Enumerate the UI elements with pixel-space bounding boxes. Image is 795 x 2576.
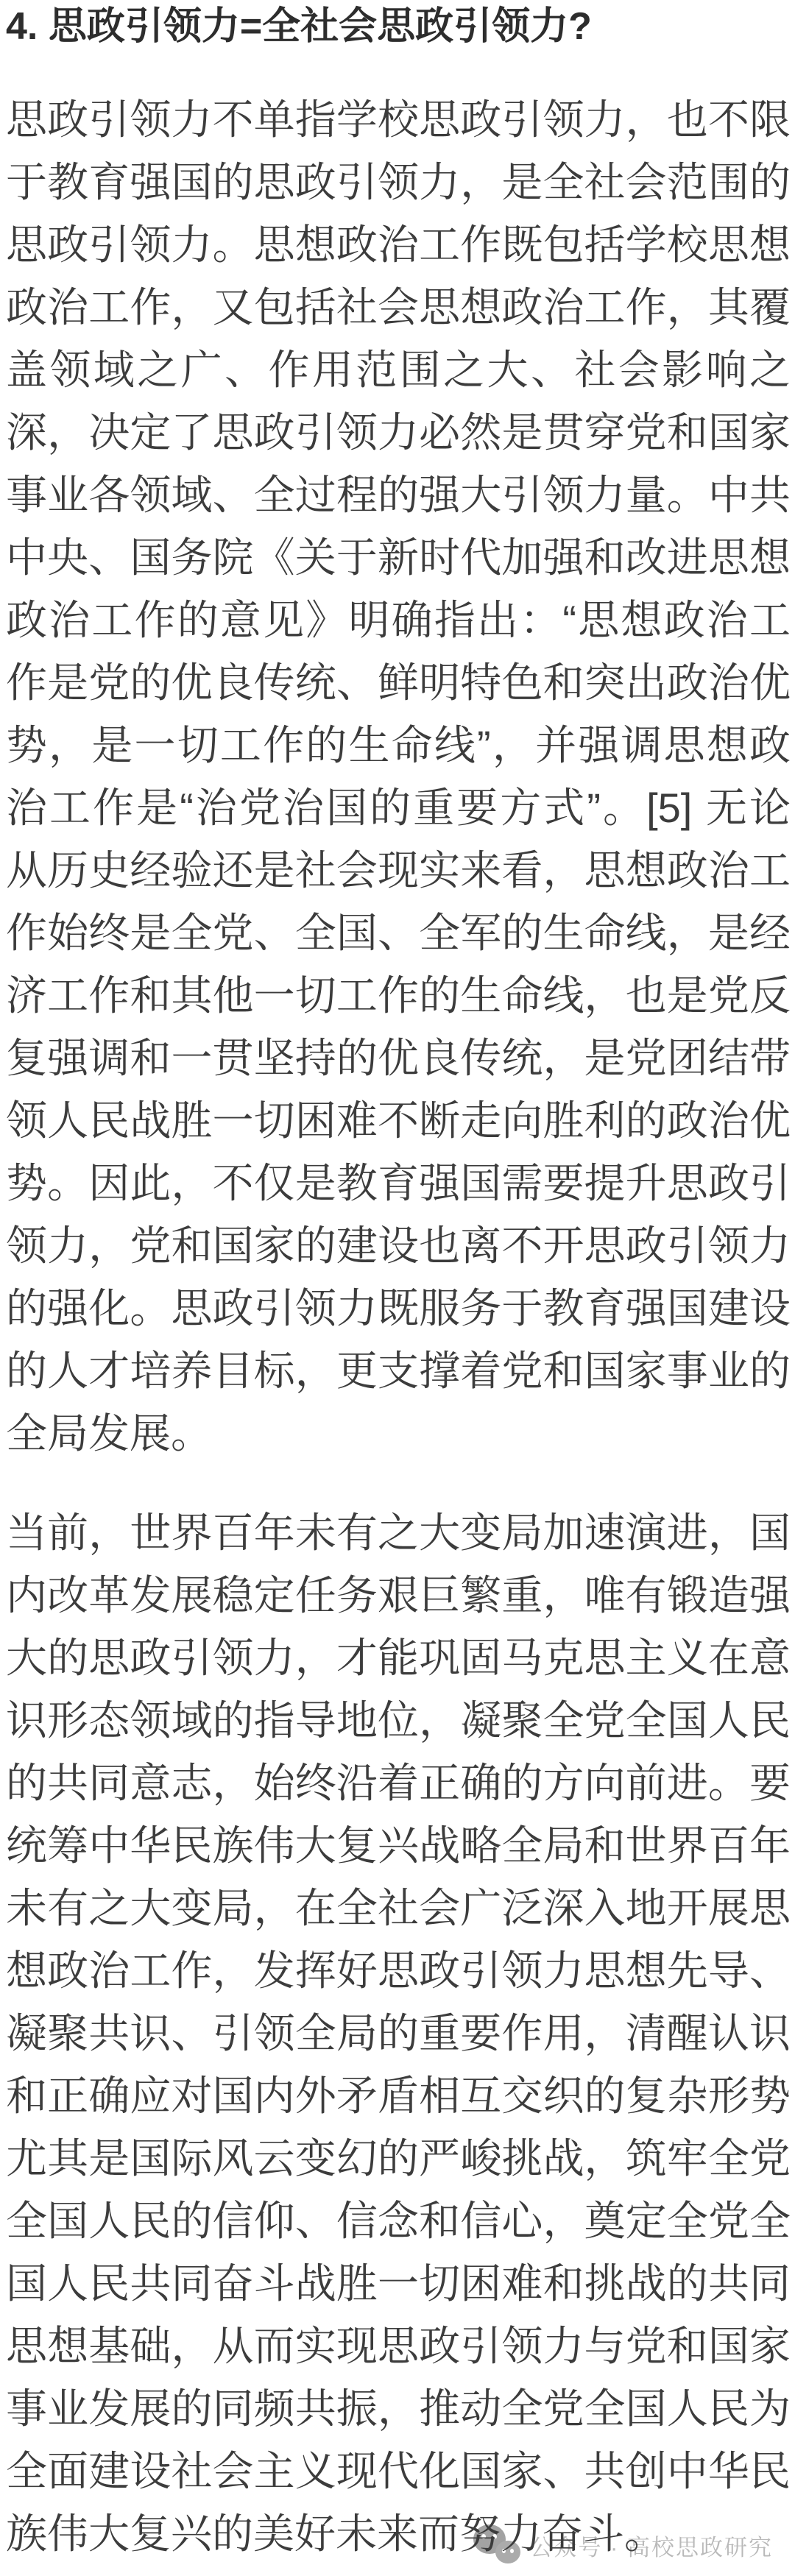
article-body: 4. 思政引领力=全社会思政引领力? 思政引领力不单指学校思政引领力，也不限于教… xyxy=(0,0,795,2565)
paragraph-1: 思政引领力不单指学校思政引领力，也不限于教育强国的思政引领力，是全社会范围的思政… xyxy=(6,88,791,1465)
section-heading: 4. 思政引领力=全社会思政引领力? xyxy=(6,3,791,50)
article-page: { "page": { "background": "#ffffff", "bo… xyxy=(0,0,795,2576)
paragraph-2: 当前，世界百年未有之大变局加速演进，国内改革发展稳定任务艰巨繁重，唯有锻造强大的… xyxy=(6,1501,791,2565)
